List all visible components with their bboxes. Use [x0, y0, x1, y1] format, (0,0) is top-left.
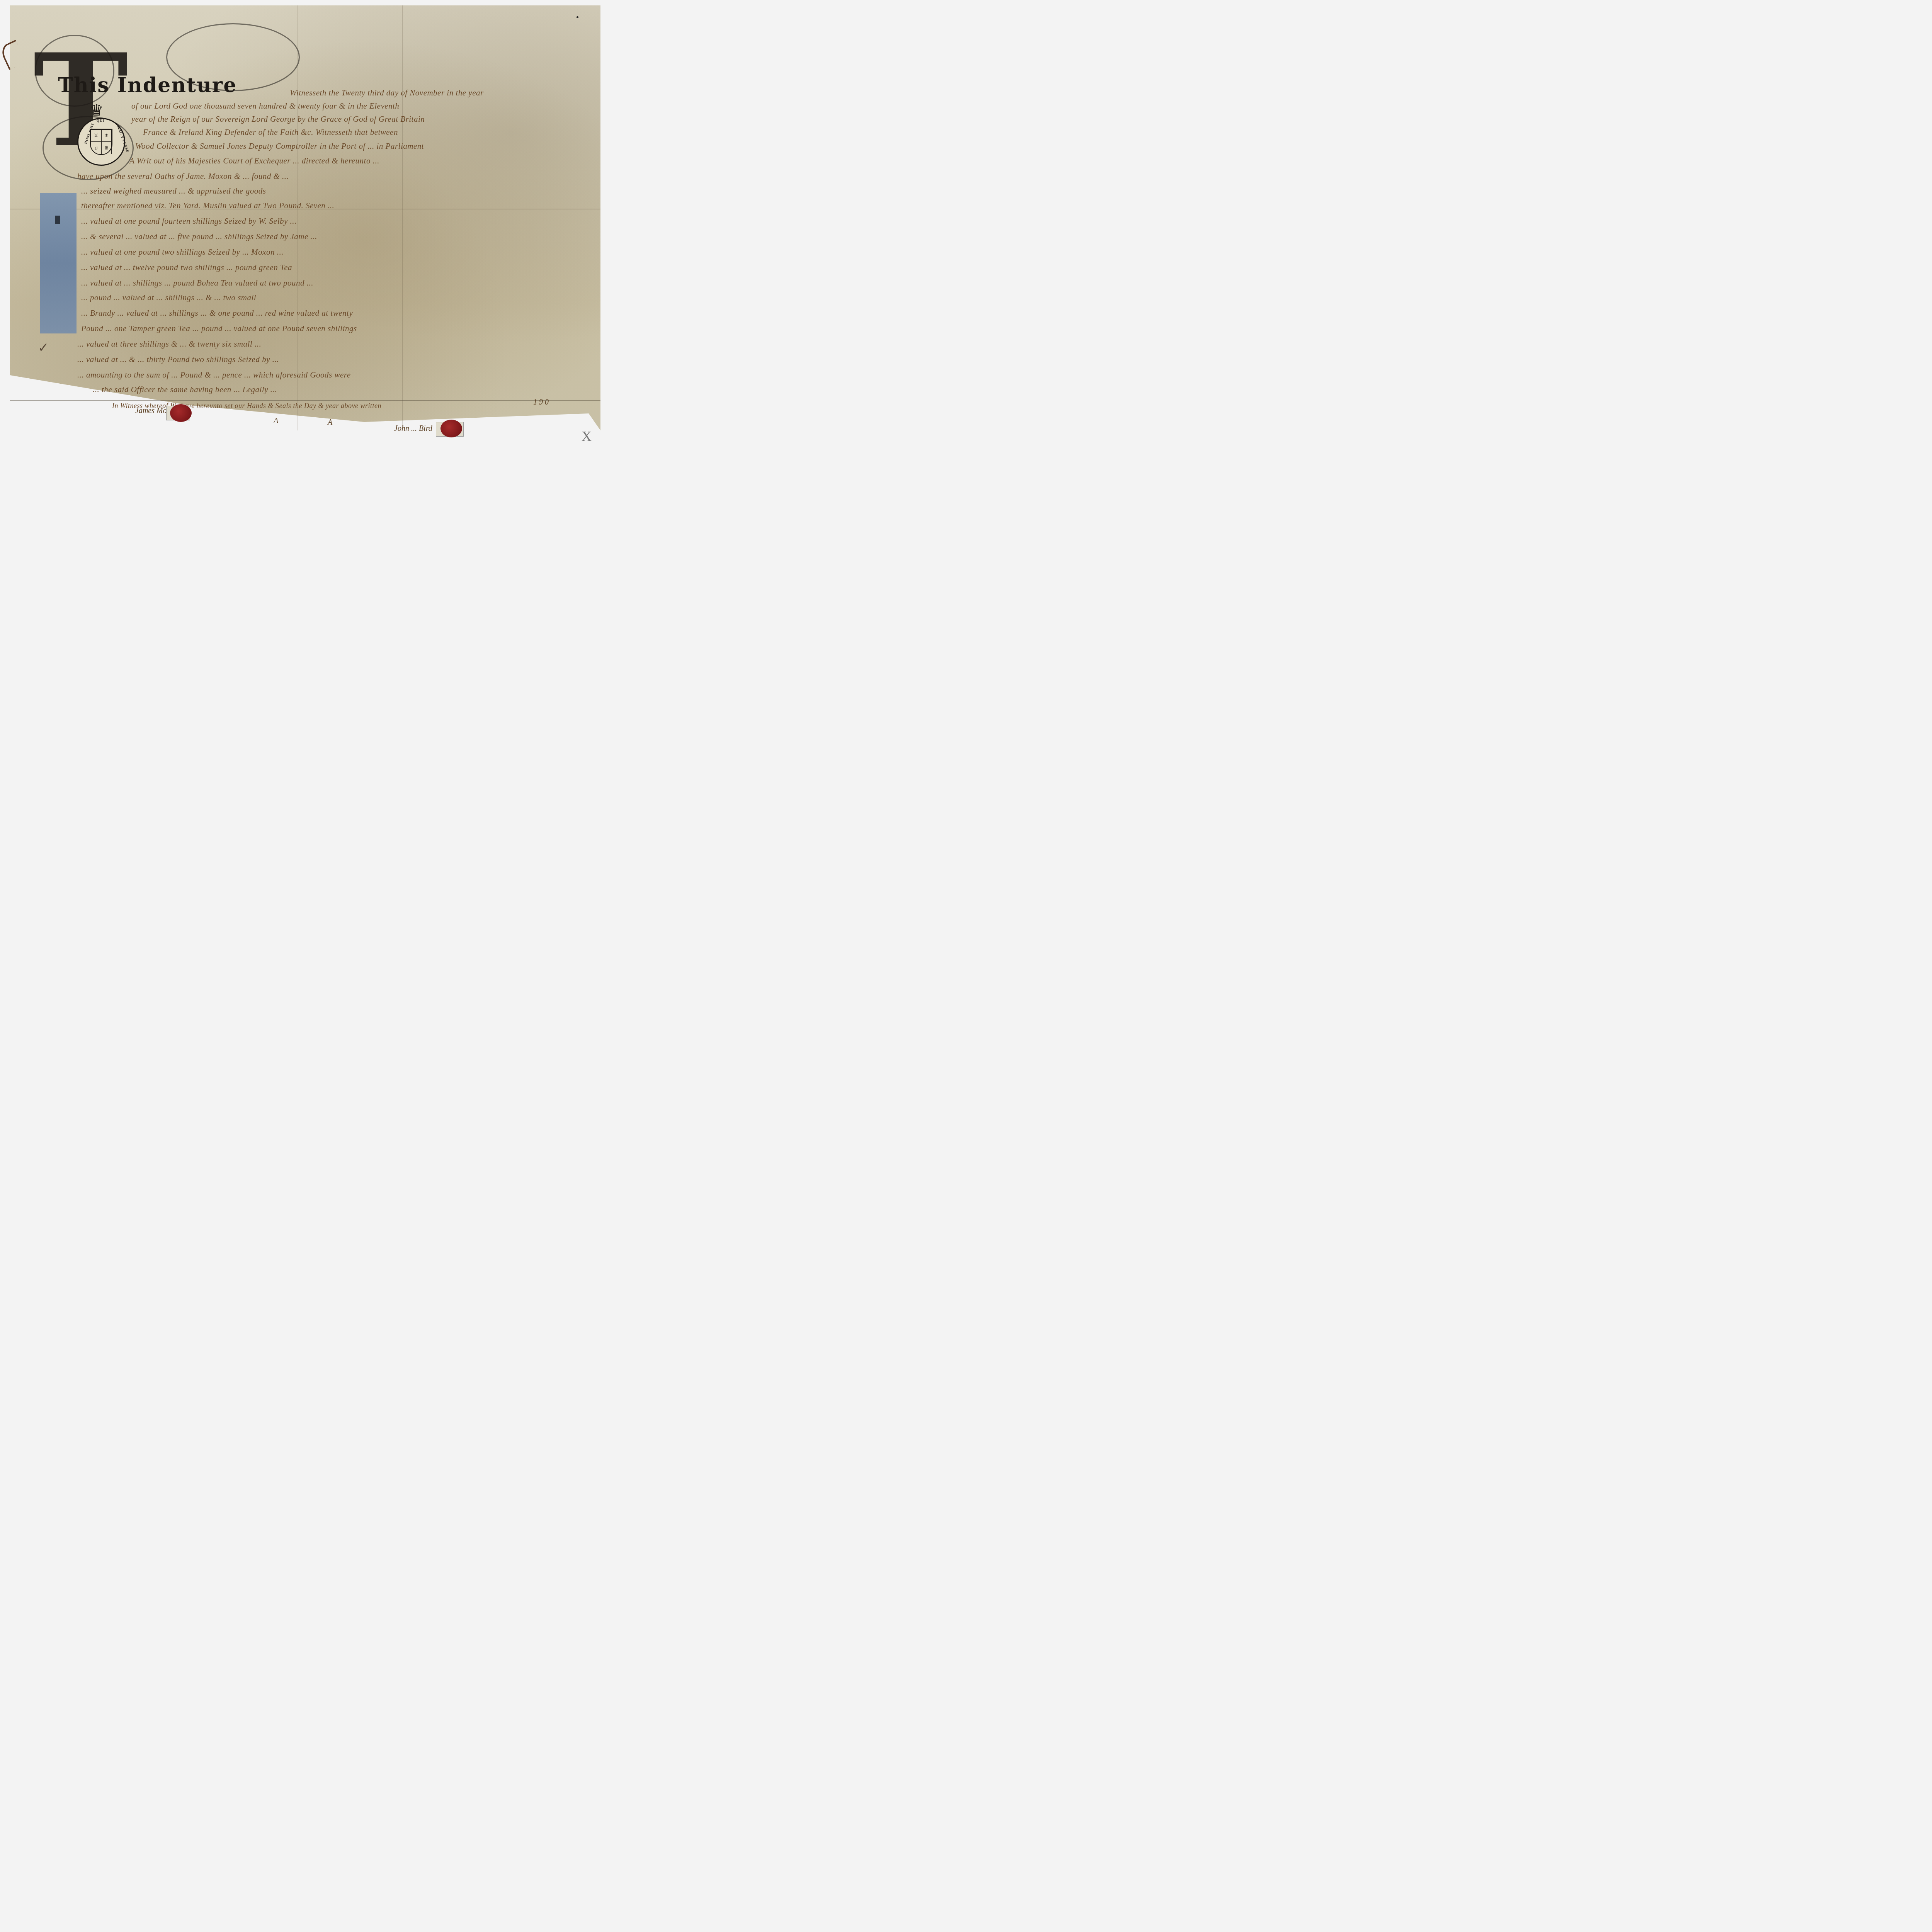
body-line: ... valued at ... & ... thirty Pound two…	[77, 355, 279, 364]
shield-quarter-fleur-de-lis: ⚜	[101, 129, 112, 142]
body-line: of our Lord God one thousand seven hundr…	[131, 101, 399, 111]
wax-seal	[170, 404, 192, 422]
tick-mark: ✓	[38, 340, 49, 355]
body-line: ... valued at ... shillings ... pound Bo…	[81, 278, 313, 288]
garter-motto-top: QUI	[97, 119, 104, 122]
heraldic-shield: ⚔ ⚜ ♫ ♛	[90, 129, 112, 155]
shield-quarter-harp: ♫	[91, 142, 101, 154]
body-line: ... valued at one pound fourteen shillin…	[81, 216, 297, 226]
signature-right: John ... Bird	[394, 424, 432, 433]
body-line: ... Brandy ... valued at ... shillings .…	[81, 308, 353, 318]
crown-icon: ♛	[90, 101, 104, 119]
body-line: France & Ireland King Defender of the Fa…	[143, 128, 398, 137]
wax-seal	[440, 420, 462, 437]
body-line: ... seized weighed measured ... & apprai…	[81, 186, 266, 196]
body-line: ... valued at three shillings & ... & tw…	[77, 339, 261, 349]
document-heading: This Indenture	[58, 73, 237, 97]
body-line: have upon the several Oaths of Jame. Mox…	[77, 172, 289, 181]
body-line: ... the said Officer the same having bee…	[93, 385, 277, 395]
fold-line-bottom	[10, 400, 600, 401]
shield-quarter-lions: ⚔	[91, 129, 101, 142]
body-line: Pound ... one Tamper green Tea ... pound…	[81, 324, 357, 333]
blue-duty-paper-strip	[40, 193, 77, 333]
body-line: ... valued at one pound two shillings Se…	[81, 247, 284, 257]
body-line: thereafter mentioned viz. Ten Yard. Musl…	[81, 201, 334, 211]
body-line: ... pound ... valued at ... shillings ..…	[81, 293, 256, 303]
body-line: A Writ out of his Majesties Court of Exc…	[129, 156, 379, 166]
body-line: ... valued at ... twelve pound two shill…	[81, 263, 292, 272]
body-line: year of the Reign of our Sovereign Lord …	[131, 114, 425, 124]
body-line: ... amounting to the sum of ... Pound & …	[77, 370, 350, 380]
strip-slit	[55, 216, 60, 224]
pinhole	[577, 16, 578, 18]
body-line: Wood Collector & Samuel Jones Deputy Com…	[135, 141, 424, 151]
body-line: ... & several ... valued at ... five pou…	[81, 232, 317, 241]
fold-line-vertical	[402, 5, 403, 430]
witness-mark: A	[274, 417, 278, 425]
witness-mark: A	[328, 418, 332, 427]
margin-note: 1 9 0	[533, 398, 549, 407]
body-line: Witnesseth the Twenty third day of Novem…	[290, 88, 484, 98]
fold-line-vertical	[298, 5, 298, 430]
cross-mark: X	[582, 428, 592, 444]
shield-quarter-hanover: ♛	[101, 142, 112, 154]
